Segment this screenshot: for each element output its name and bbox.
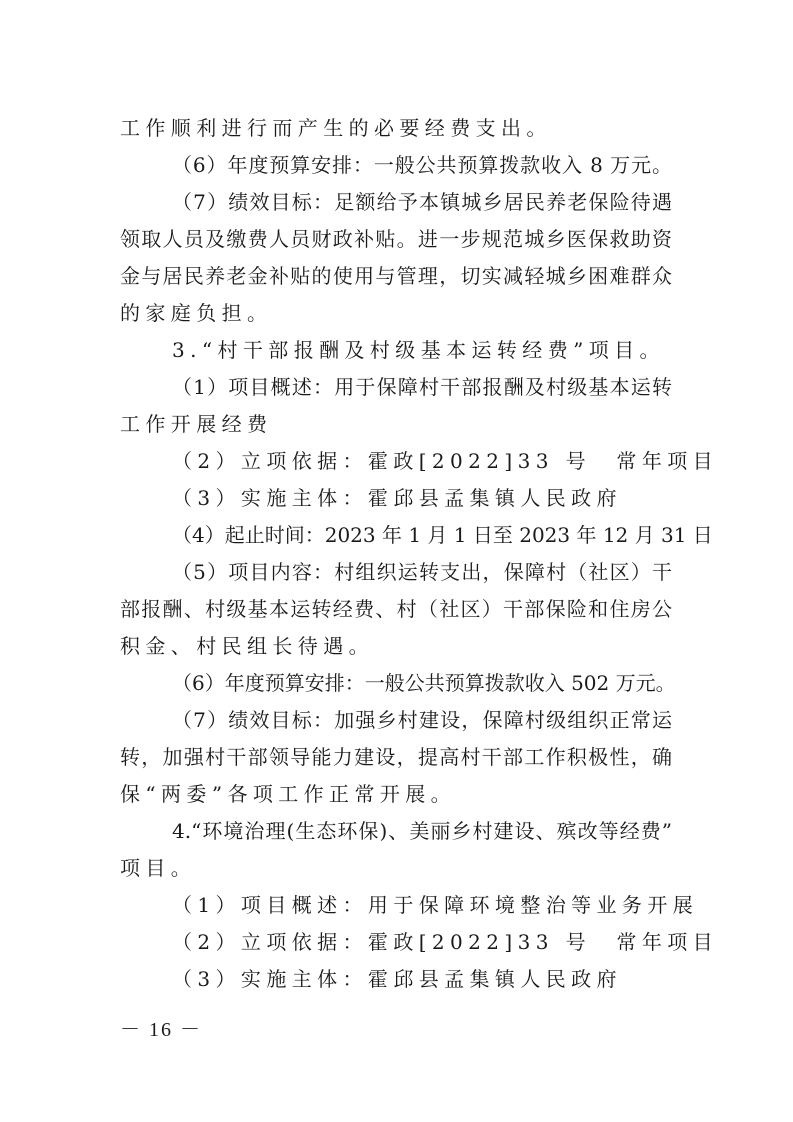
paragraph-line: 领取人员及缴费人员财政补贴。进一步规范城乡医保救助资: [120, 221, 672, 258]
paragraph-line: （5）项目内容：村组织运转支出，保障村（社区）干: [172, 554, 672, 591]
paragraph-line: （7）绩效目标：足额给予本镇城乡居民养老保险待遇: [172, 184, 672, 221]
paragraph-line: （2）立项依据：霍政[2022]33 号 常年项目: [172, 924, 718, 961]
paragraph-line: （3）实施主体：霍邱县孟集镇人民政府: [172, 480, 622, 517]
section-heading: 4.“环境治理(生态环保)、美丽乡村建设、殡改等经费”: [172, 813, 672, 850]
paragraph-line: （1）项目概述：用于保障环境整治等业务开展: [172, 887, 698, 924]
section-heading: 3.“村干部报酬及村级基本运转经费”项目。: [172, 332, 665, 369]
paragraph-line: （4）起止时间：2023 年 1 月 1 日至 2023 年 12 月 31 日: [172, 517, 672, 554]
paragraph-line: 转，加强村干部领导能力建设，提高村干部工作积极性，确: [120, 739, 672, 776]
paragraph-line: 部报酬、村级基本运转经费、村（社区）干部保险和住房公: [120, 591, 672, 628]
section-heading-continued: 项目。: [120, 850, 196, 887]
paragraph-line: （7）绩效目标：加强乡村建设，保障村级组织正常运: [172, 702, 672, 739]
paragraph-line: （6）年度预算安排：一般公共预算拨款收入 8 万元。: [172, 147, 672, 184]
paragraph-line: 的家庭负担。: [120, 295, 272, 332]
paragraph-line: （2）立项依据：霍政[2022]33 号 常年项目: [172, 443, 718, 480]
page-number: － 16 －: [120, 1016, 202, 1044]
paragraph-line: 金与居民养老金补贴的使用与管理，切实减轻城乡困难群众: [120, 258, 672, 295]
paragraph-line: 保“两委”各项工作正常开展。: [120, 776, 456, 813]
paragraph-line: 工作顺利进行而产生的必要经费支出。: [120, 110, 552, 147]
paragraph-line: （3）实施主体：霍邱县孟集镇人民政府: [172, 961, 622, 998]
paragraph-line: 积金、村民组长待遇。: [120, 628, 374, 665]
paragraph-line: 工作开展经费: [120, 406, 272, 443]
paragraph-line: （6）年度预算安排：一般公共预算拨款收入 502 万元。: [172, 665, 672, 702]
paragraph-line: （1）项目概述：用于保障村干部报酬及村级基本运转: [172, 369, 672, 406]
